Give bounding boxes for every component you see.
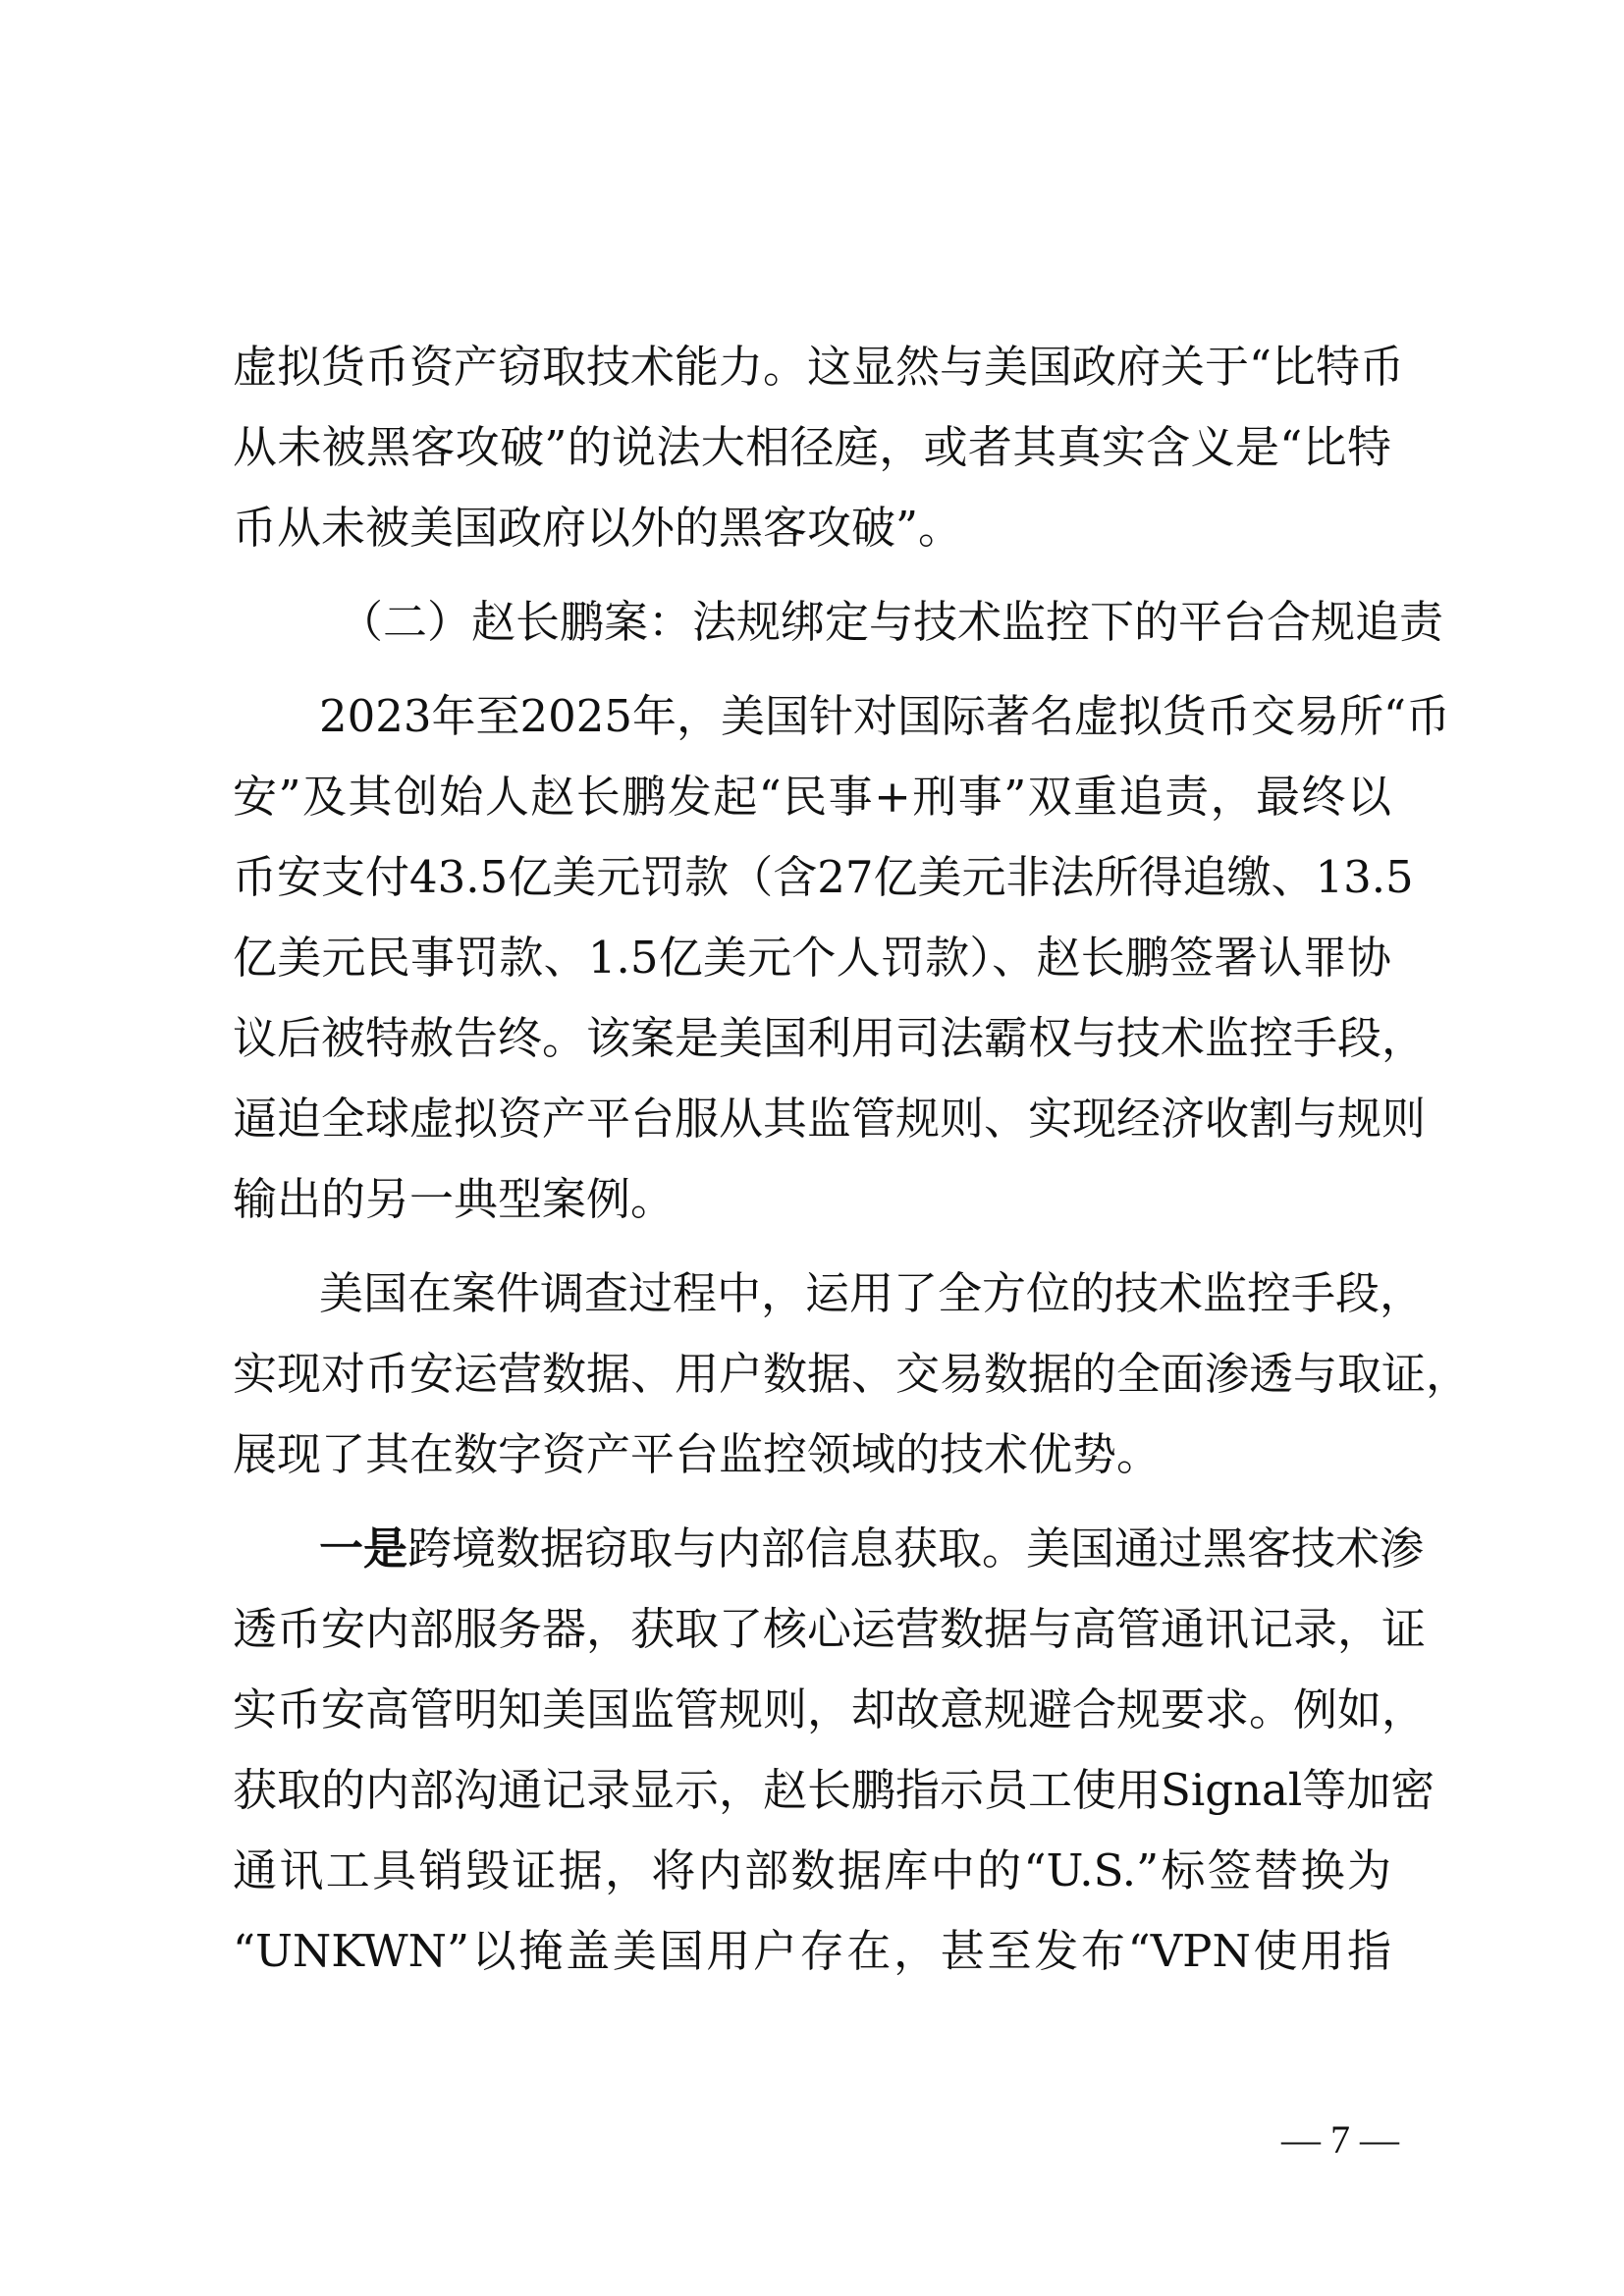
section-heading-text: （二）赵长鹏案：法规绑定与技术监控下的平台合规追责 bbox=[233, 582, 1391, 663]
text-line: 实币安高管明知美国监管规则，却故意规避合规要求。例如， bbox=[233, 1670, 1391, 1750]
text-line: 安”及其创始人赵长鹏发起“民事+刑事”双重追责，最终以 bbox=[233, 757, 1391, 837]
text-line: 通讯工具销毁证据，将内部数据库中的“U.S.”标签替换为 bbox=[233, 1831, 1391, 1911]
text-line: 亿美元民事罚款、1.5亿美元个人罚款）、赵长鹏签署认罪协 bbox=[233, 918, 1391, 998]
page-number: — 7 — bbox=[1272, 2110, 1409, 2169]
text-line: 逼迫全球虚拟资产平台服从其监管规则、实现经济收割与规则 bbox=[233, 1079, 1391, 1159]
text-line: 输出的另一典型案例。 bbox=[233, 1159, 1391, 1240]
text-line: 2023年至2025年，美国针对国际著名虚拟货币交易所“币 bbox=[233, 676, 1391, 757]
paragraph-point-one: 一是跨境数据窃取与内部信息获取。美国通过黑客技术渗 透币安内部服务器，获取了核心… bbox=[233, 1509, 1391, 1992]
paragraph-continuation: 虚拟货币资产窃取技术能力。这显然与美国政府关于“比特币 从未被黑客攻破”的说法大… bbox=[233, 327, 1391, 568]
text-line: 议后被特赦告终。该案是美国利用司法霸权与技术监控手段， bbox=[233, 998, 1391, 1079]
document-page: 虚拟货币资产窃取技术能力。这显然与美国政府关于“比特币 从未被黑客攻破”的说法大… bbox=[0, 0, 1624, 2296]
section-heading: （二）赵长鹏案：法规绑定与技术监控下的平台合规追责 bbox=[233, 582, 1391, 663]
body-text: 虚拟货币资产窃取技术能力。这显然与美国政府关于“比特币 从未被黑客攻破”的说法大… bbox=[233, 327, 1391, 1992]
text-fragment: 跨境数据窃取与内部信息获取。美国通过黑客技术渗 bbox=[407, 1522, 1424, 1575]
text-line: 币安支付43.5亿美元罚款（含27亿美元非法所得追缴、13.5 bbox=[233, 837, 1391, 918]
text-line: 从未被黑客攻破”的说法大相径庭，或者其真实含义是“比特 bbox=[233, 407, 1391, 488]
text-line: 展现了其在数字资产平台监控领域的技术优势。 bbox=[233, 1415, 1391, 1495]
text-line: 透币安内部服务器，获取了核心运营数据与高管通讯记录，证 bbox=[233, 1589, 1391, 1670]
text-line: 美国在案件调查过程中，运用了全方位的技术监控手段， bbox=[233, 1254, 1391, 1334]
text-line: 一是跨境数据窃取与内部信息获取。美国通过黑客技术渗 bbox=[233, 1509, 1391, 1589]
text-line: 获取的内部沟通记录显示，赵长鹏指示员工使用Signal等加密 bbox=[233, 1750, 1391, 1831]
paragraph-surveillance: 美国在案件调查过程中，运用了全方位的技术监控手段， 实现对币安运营数据、用户数据… bbox=[233, 1254, 1391, 1495]
text-line: 实现对币安运营数据、用户数据、交易数据的全面渗透与取证， bbox=[233, 1334, 1391, 1415]
text-line: “UNKWN”以掩盖美国用户存在，甚至发布“VPN使用指 bbox=[233, 1911, 1391, 1992]
text-line: 币从未被美国政府以外的黑客攻破”。 bbox=[233, 488, 1391, 568]
text-line: 虚拟货币资产窃取技术能力。这显然与美国政府关于“比特币 bbox=[233, 327, 1391, 407]
bold-lead-label: 一是 bbox=[319, 1522, 407, 1575]
paragraph-case-overview: 2023年至2025年，美国针对国际著名虚拟货币交易所“币 安”及其创始人赵长鹏… bbox=[233, 676, 1391, 1240]
